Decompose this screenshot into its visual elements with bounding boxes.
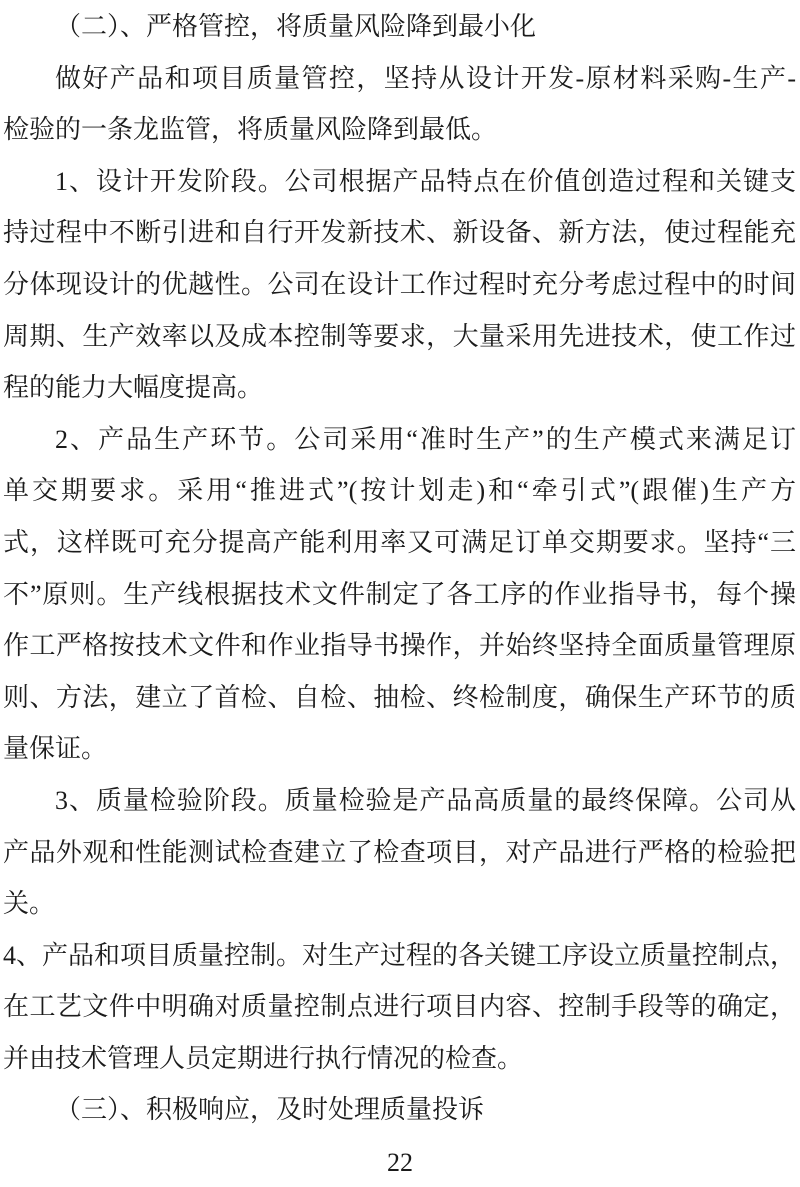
- text-line: 周期、生产效率以及成本控制等要求，大量采用先进技术，使工作过: [0, 311, 800, 363]
- text-line: 检验的一条龙监管，将质量风险降到最低。: [0, 104, 800, 156]
- text-line: 作工严格按技术文件和作业指导书操作，并始终坚持全面质量管理原: [0, 620, 800, 672]
- text-line: 式，这样既可充分提高产能利用率又可满足订单交期要求。坚持“三: [0, 517, 800, 569]
- document-body: （二）、严格管控，将质量风险降到最小化 做好产品和项目质量管控，坚持从设计开发-…: [0, 0, 800, 1136]
- section-heading: （三）、积极响应，及时处理质量投诉: [0, 1084, 800, 1136]
- text-line: 在工艺文件中明确对质量控制点进行项目内容、控制手段等的确定，: [0, 981, 800, 1033]
- text-line: 则、方法，建立了首检、自检、抽检、终检制度，确保生产环节的质: [0, 672, 800, 724]
- text-line: 量保证。: [0, 723, 800, 775]
- text-line: 并由技术管理人员定期进行执行情况的检查。: [0, 1033, 800, 1085]
- text-line: 3、质量检验阶段。质量检验是产品高质量的最终保障。公司从: [0, 775, 800, 827]
- document-page: （二）、严格管控，将质量风险降到最小化 做好产品和项目质量管控，坚持从设计开发-…: [0, 0, 800, 1187]
- text-line: 做好产品和项目质量管控，坚持从设计开发-原材料采购-生产-: [0, 53, 800, 105]
- page-number: 22: [0, 1141, 800, 1185]
- text-line: 2、产品生产环节。公司采用“准时生产”的生产模式来满足订: [0, 414, 800, 466]
- text-line: 产品外观和性能测试检查建立了检查项目，对产品进行严格的检验把: [0, 827, 800, 879]
- text-line: 不”原则。生产线根据技术文件制定了各工序的作业指导书，每个操: [0, 569, 800, 621]
- text-line: 4、产品和项目质量控制。对生产过程的各关键工序设立质量控制点，: [0, 930, 800, 982]
- text-line: 持过程中不断引进和自行开发新技术、新设备、新方法，使过程能充: [0, 207, 800, 259]
- text-line: 1、设计开发阶段。公司根据产品特点在价值创造过程和关键支: [0, 156, 800, 208]
- text-line: 分体现设计的优越性。公司在设计工作过程时充分考虑过程中的时间: [0, 259, 800, 311]
- text-line: 关。: [0, 878, 800, 930]
- text-line: 单交期要求。采用“推进式”(按计划走)和“牵引式”(跟催)生产方: [0, 465, 800, 517]
- text-line: 程的能力大幅度提高。: [0, 362, 800, 414]
- section-heading: （二）、严格管控，将质量风险降到最小化: [0, 1, 800, 53]
